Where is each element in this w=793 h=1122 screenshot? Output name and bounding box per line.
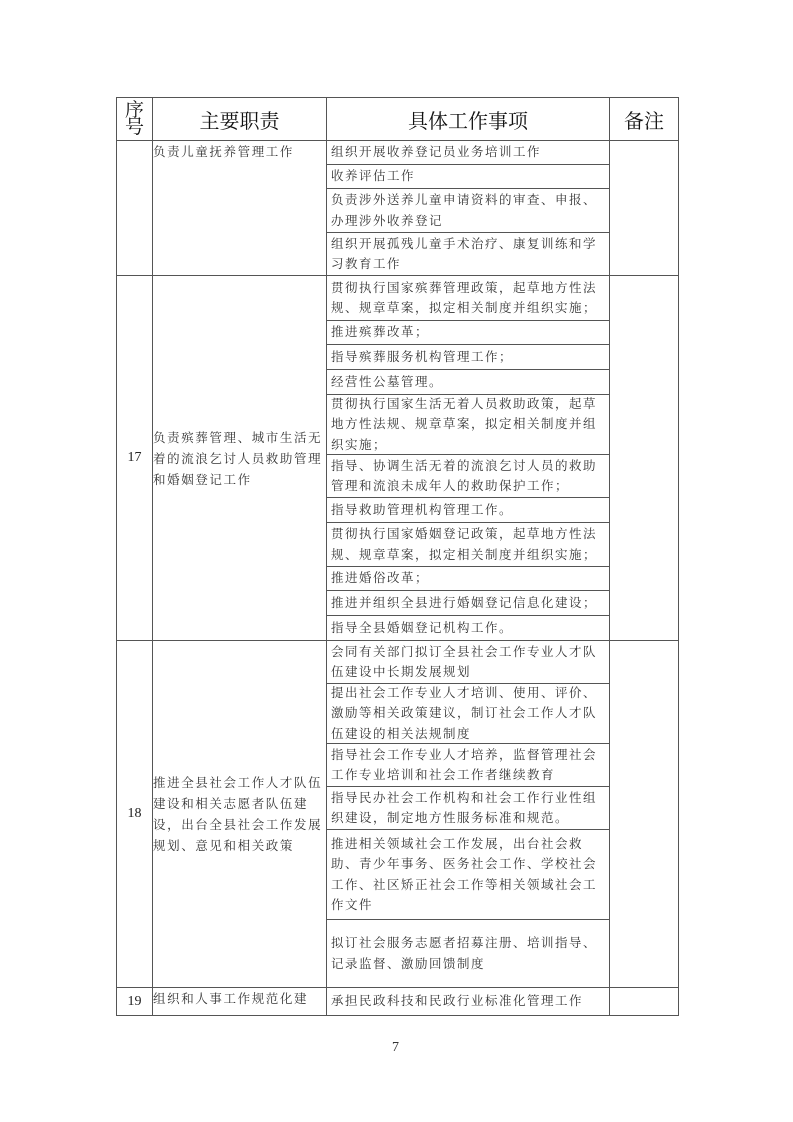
row-number: 19 — [117, 988, 153, 1016]
row-remark — [610, 641, 679, 988]
list-item: 指导殡葬服务机构管理工作； — [327, 345, 609, 370]
table-row: 19 组织和人事工作规范化建 承担民政科技和民政行业标准化管理工作 — [117, 988, 679, 1016]
table-row: 18 推进全县社会工作人才队伍建设和相关志愿者队伍建设，出台全县社会工作发展规划… — [117, 641, 679, 988]
list-item: 指导全县婚姻登记机构工作。 — [327, 616, 609, 640]
row-duty: 组织和人事工作规范化建 — [153, 988, 327, 1016]
row-remark — [610, 141, 679, 276]
row-duty: 推进全县社会工作人才队伍建设和相关志愿者队伍建设，出台全县社会工作发展规划、意见… — [153, 641, 327, 988]
list-item: 贯彻执行国家殡葬管理政策，起草地方性法规、规章草案，拟定相关制度并组织实施； — [327, 276, 609, 321]
row-number: 17 — [117, 276, 153, 641]
table-row: 17 负责殡葬管理、城市生活无着的流浪乞讨人员救助管理和婚姻登记工作 贯彻执行国… — [117, 276, 679, 641]
list-item: 推进并组织全县进行婚姻登记信息化建设； — [327, 591, 609, 616]
list-item: 推进殡葬改革； — [327, 321, 609, 345]
list-item: 推进相关领域社会工作发展，出台社会救助、青少年事务、医务社会工作、学校社会工作、… — [327, 830, 609, 920]
table-row: 负责儿童抚养管理工作 组织开展收养登记员业务培训工作 收养评估工作 负责涉外送养… — [117, 141, 679, 276]
row-duty: 负责儿童抚养管理工作 — [153, 141, 327, 276]
list-item: 贯彻执行国家婚姻登记政策，起草地方性法规、规章草案，拟定相关制度并组织实施； — [327, 523, 609, 567]
list-item: 指导社会工作专业人才培养，监督管理社会工作专业培训和社会工作者继续教育 — [327, 744, 609, 787]
header-items: 具体工作事项 — [327, 98, 610, 141]
row-items: 会同有关部门拟订全县社会工作专业人才队伍建设中长期发展规划 提出社会工作专业人才… — [327, 641, 610, 988]
list-item: 贯彻执行国家生活无着人员救助政策，起草地方性法规、规章草案，拟定相关制度并组织实… — [327, 395, 609, 455]
row-items: 贯彻执行国家殡葬管理政策，起草地方性法规、规章草案，拟定相关制度并组织实施； 推… — [327, 276, 610, 641]
row-remark — [610, 988, 679, 1016]
row-remark — [610, 276, 679, 641]
list-item: 推进婚俗改革； — [327, 567, 609, 591]
row-items: 组织开展收养登记员业务培训工作 收养评估工作 负责涉外送养儿童申请资料的审查、申… — [327, 141, 610, 276]
row-number: 18 — [117, 641, 153, 988]
page-number: 7 — [392, 1040, 399, 1056]
list-item: 组织开展孤残儿童手术治疗、康复训练和学习教育工作 — [327, 233, 609, 275]
row-number — [117, 141, 153, 276]
list-item: 指导民办社会工作机构和社会工作行业性组织建设，制定地方性服务标准和规范。 — [327, 787, 609, 830]
header-remark: 备注 — [610, 98, 679, 141]
list-item: 组织开展收养登记员业务培训工作 — [327, 141, 609, 165]
list-item: 负责涉外送养儿童申请资料的审查、申报、办理涉外收养登记 — [327, 189, 609, 233]
header-duty: 主要职责 — [153, 98, 327, 141]
duty-table: 序 号 主要职责 具体工作事项 备注 负责儿童抚养管理工作 组织开展收养登记员业… — [116, 97, 679, 1016]
row-duty: 负责殡葬管理、城市生活无着的流浪乞讨人员救助管理和婚姻登记工作 — [153, 276, 327, 641]
document-page: 序 号 主要职责 具体工作事项 备注 负责儿童抚养管理工作 组织开展收养登记员业… — [0, 0, 793, 1122]
list-item: 指导救助管理机构管理工作。 — [327, 498, 609, 523]
list-item: 收养评估工作 — [327, 165, 609, 189]
list-item: 经营性公墓管理。 — [327, 370, 609, 395]
list-item: 拟订社会服务志愿者招募注册、培训指导、记录监督、激励回馈制度 — [327, 920, 609, 987]
list-item: 承担民政科技和民政行业标准化管理工作 — [327, 988, 609, 1015]
list-item: 提出社会工作专业人才培训、使用、评价、激励等相关政策建议，制订社会工作人才队伍建… — [327, 684, 609, 744]
list-item: 会同有关部门拟订全县社会工作专业人才队伍建设中长期发展规划 — [327, 641, 609, 684]
table-header-row: 序 号 主要职责 具体工作事项 备注 — [117, 98, 679, 141]
header-seq: 序 号 — [117, 98, 153, 141]
row-items: 承担民政科技和民政行业标准化管理工作 — [327, 988, 610, 1016]
list-item: 指导、协调生活无着的流浪乞讨人员的救助管理和流浪未成年人的救助保护工作； — [327, 455, 609, 498]
